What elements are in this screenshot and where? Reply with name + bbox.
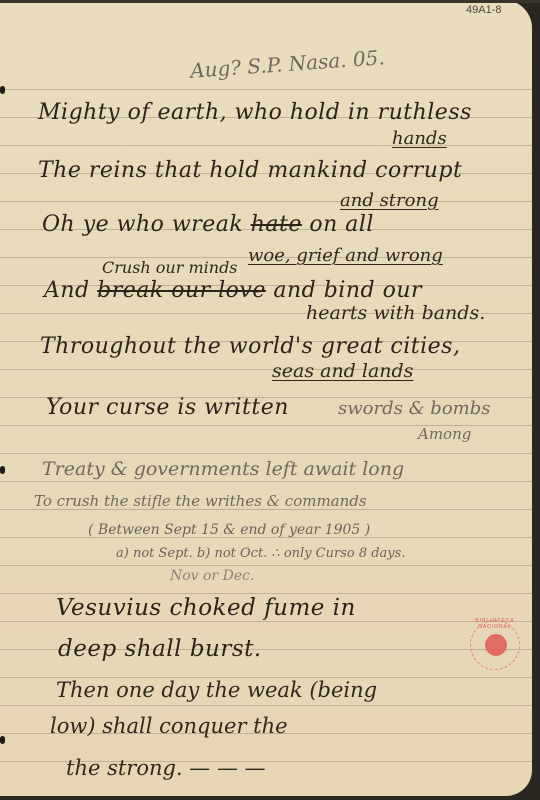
ink-line-15: low) shall conquer the	[50, 714, 288, 738]
poem-line-2: The reins that hold mankind corrupt	[38, 158, 462, 183]
ruled-line	[0, 621, 532, 622]
ruled-line	[0, 593, 532, 594]
poem-line-3-struck: hate	[251, 212, 302, 237]
ruled-line	[0, 705, 532, 706]
poem-line-4-b: and bind our	[273, 278, 422, 303]
ink-line-13: deep shall burst.	[58, 636, 262, 662]
ruled-line	[0, 145, 532, 146]
poem-line-4-cont: hearts with bands.	[306, 302, 485, 324]
poem-line-3-b: on all	[309, 212, 374, 237]
pencil-line-9: ( Between Sept 15 & end of year 1905 )	[88, 522, 370, 538]
ink-line-14: Then one day the weak (being	[56, 678, 377, 702]
ruled-line	[0, 481, 532, 482]
poem-line-4-a: And	[44, 278, 90, 303]
header-note: Aug? S.P. Nasa. 05.	[189, 45, 385, 83]
manuscript-page: 49A1-8 Aug? S.P. Nasa. 05. Mighty of ear…	[0, 0, 532, 796]
ink-line-16: the strong. — — —	[66, 756, 266, 780]
poem-line-3: Oh ye who wreak hate on all	[42, 212, 374, 237]
pencil-line-7: Treaty & governments left await long	[42, 458, 404, 480]
binding-hole-icon	[0, 466, 5, 474]
ruled-line	[0, 89, 532, 90]
ruled-line	[0, 565, 532, 566]
binding-hole-icon	[0, 86, 5, 94]
library-stamp: BIBLIOTECA NACIONAL	[470, 620, 520, 670]
stamp-text: BIBLIOTECA NACIONAL	[470, 618, 520, 630]
stamp-seal-icon	[485, 634, 507, 656]
ruled-line	[0, 453, 532, 454]
poem-insert-seas: seas and lands	[272, 360, 413, 382]
poem-line-4-struck: break our love	[97, 278, 266, 303]
poem-insert-and-strong: and strong	[340, 190, 439, 211]
poem-line-1: Mighty of earth, who hold in ruthless	[38, 100, 472, 125]
scan-border	[0, 0, 540, 3]
poem-line-5: Throughout the world's great cities,	[40, 334, 460, 359]
ruled-line	[0, 369, 532, 370]
catalog-number: 49A1-8	[466, 4, 501, 16]
pencil-line-8: To crush the stifle the writhes & comman…	[34, 492, 367, 510]
poem-insert-woe: woe, grief and wrong	[248, 245, 443, 266]
poem-insert-crush: Crush our minds	[102, 258, 238, 277]
binding-hole-icon	[0, 736, 5, 744]
pencil-line-10: a) not Sept. b) not Oct. ∴ only Curso 8 …	[116, 546, 405, 561]
pencil-line-11: Nov or Dec.	[170, 568, 254, 584]
ruled-line	[0, 201, 532, 202]
pencil-swords-bombs: swords & bombs	[338, 398, 491, 419]
poem-insert-hands: hands	[392, 128, 447, 149]
ink-line-12: Vesuvius choked fume in	[56, 595, 356, 621]
poem-line-4: And break our love and bind our	[44, 278, 422, 303]
poem-line-3-a: Oh ye who wreak	[42, 212, 243, 237]
poem-line-6: Your curse is written	[46, 395, 289, 420]
pencil-among: Among	[418, 425, 471, 443]
